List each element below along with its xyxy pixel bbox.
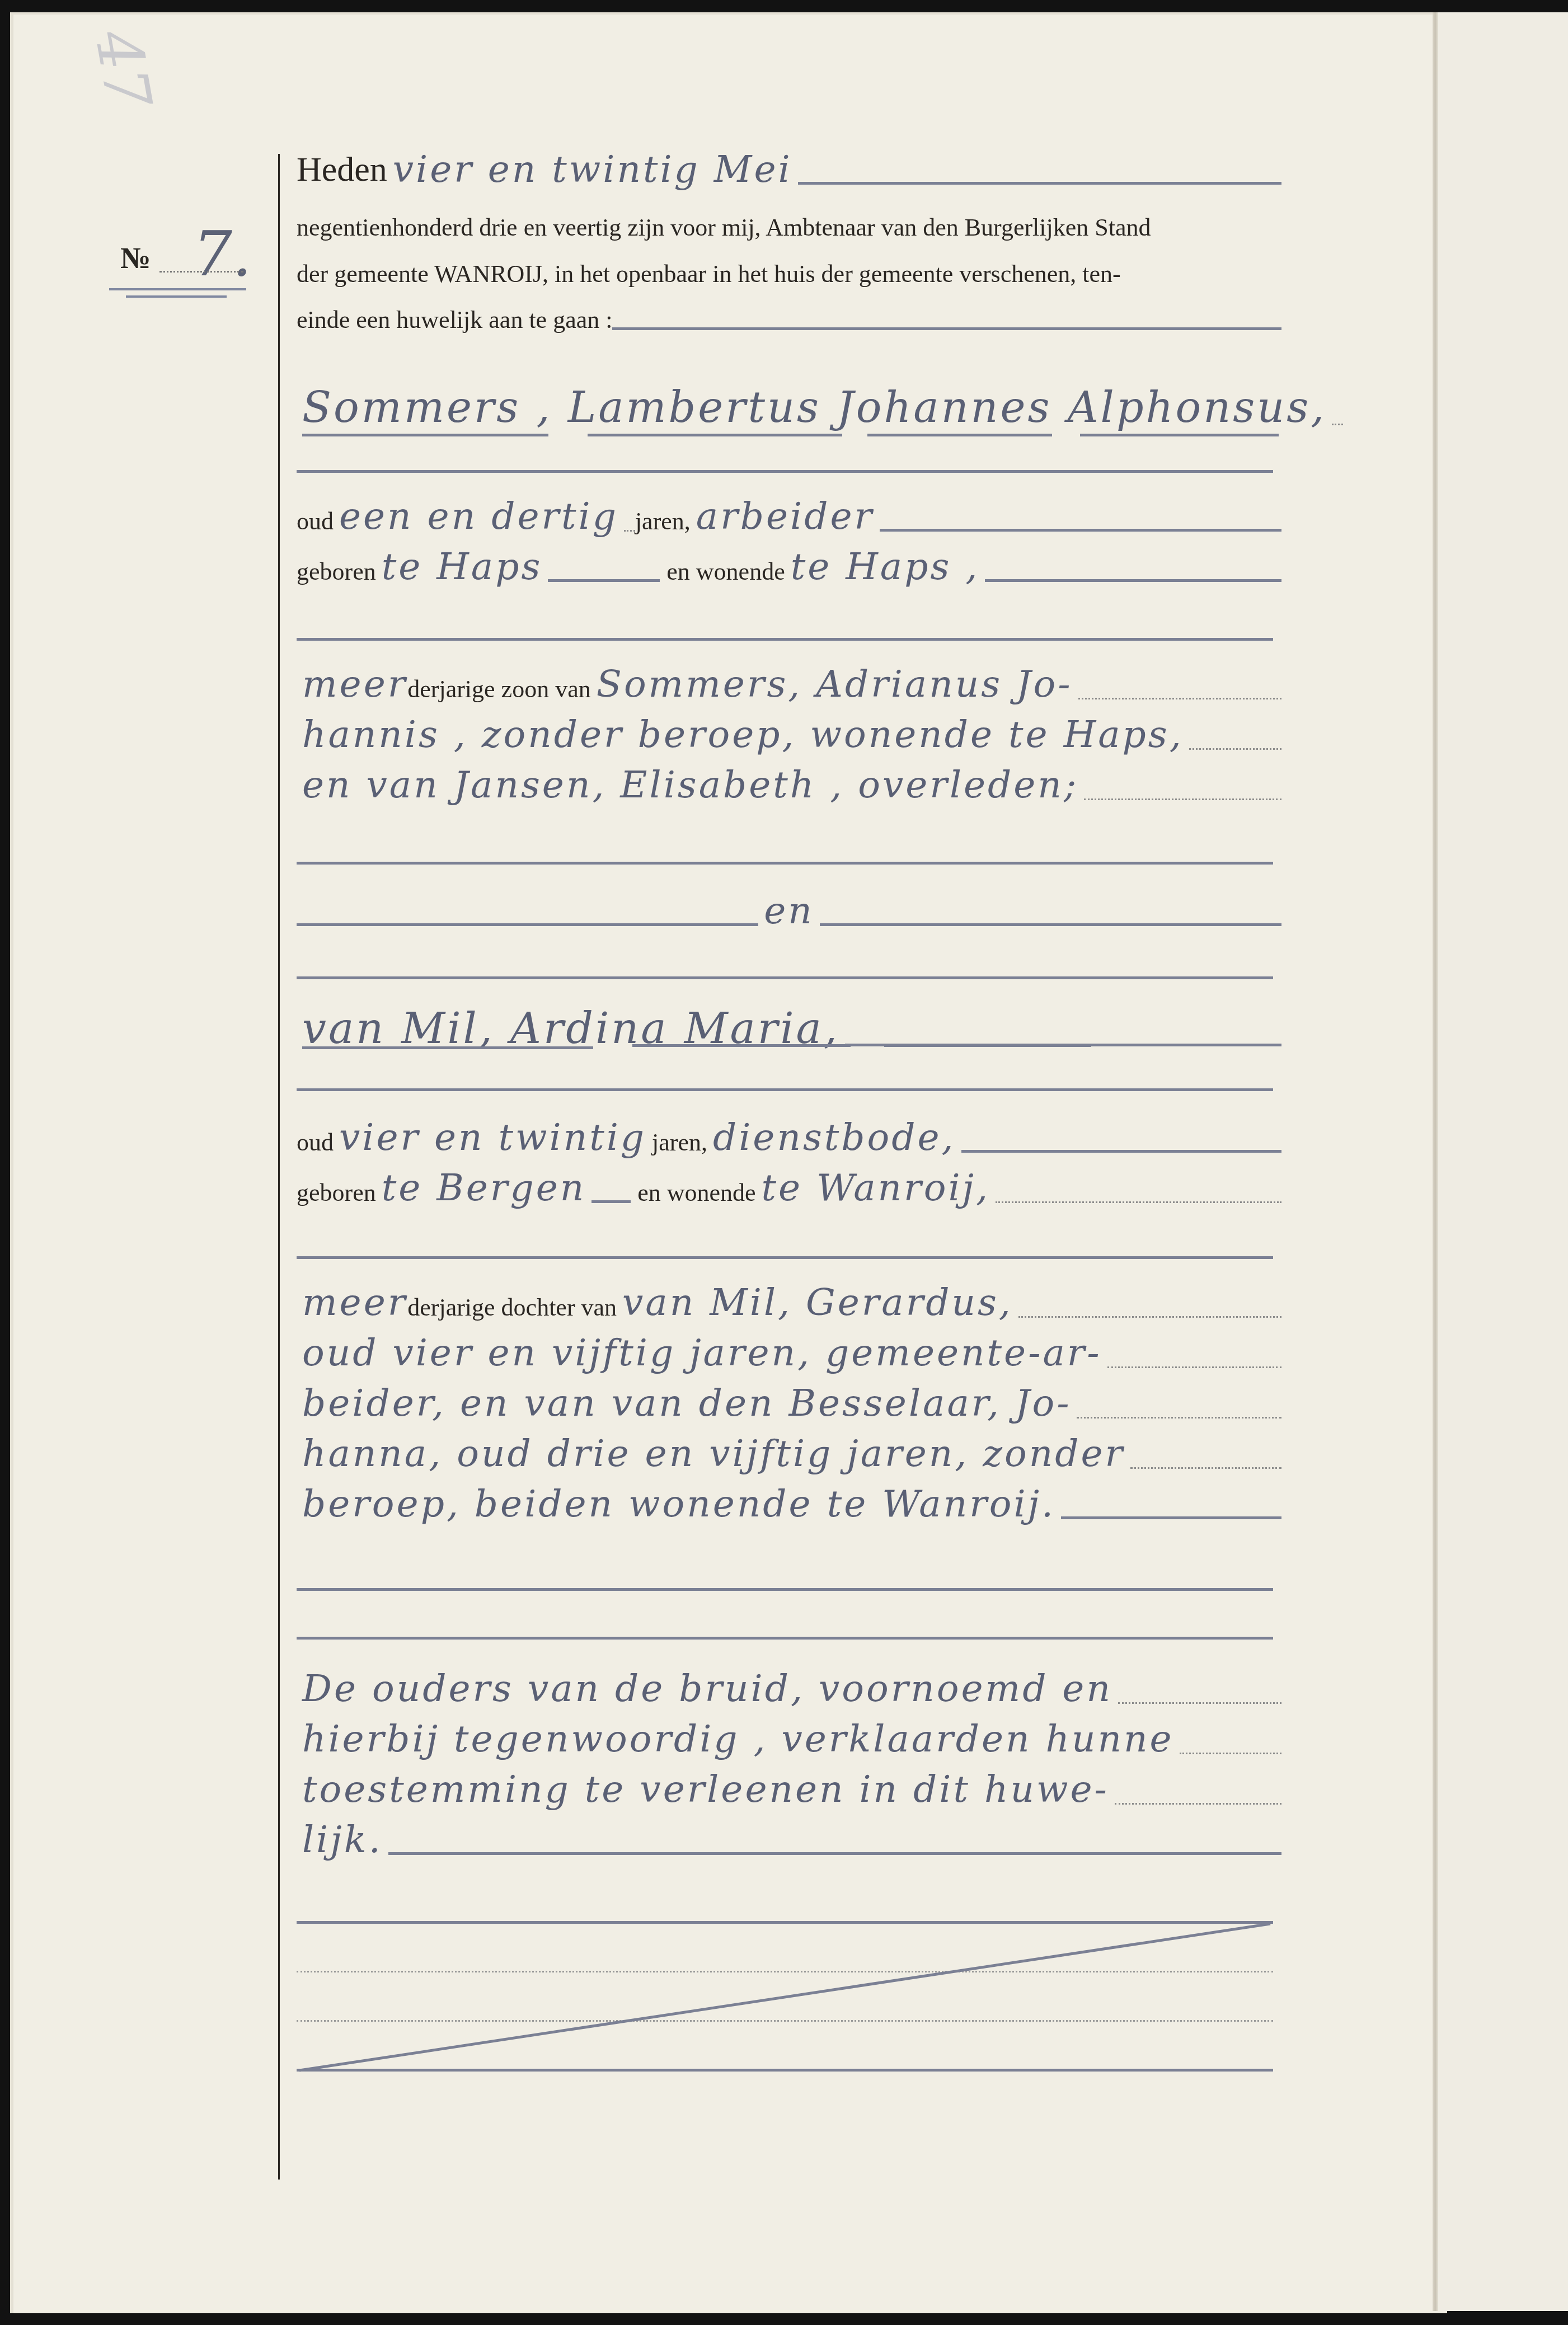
fill-line (1061, 1516, 1281, 1519)
date-row: Heden vier en twintig Mei (297, 140, 1281, 190)
relation-label: derjarige dochter van (407, 1295, 617, 1323)
bride-age-row: oud vier en twintig jaren, dienstbode, (297, 1108, 1281, 1158)
rule-line (297, 470, 1273, 473)
fill-line (985, 579, 1281, 582)
consent-row-4: lijk. (297, 1810, 1281, 1861)
groom-parents-text: hannis , zonder beroep, wonende te Haps, (297, 716, 1189, 755)
groom-age-row: oud een en dertig jaren, arbeider (297, 487, 1281, 537)
consent-row-2: hierbij tegenwoordig , verklaarden hunne (297, 1709, 1281, 1760)
bride-name-row: van Mil, Ardina Maria, (297, 990, 1281, 1052)
dotted-line (1078, 698, 1281, 699)
geboren-label: geboren (297, 1181, 376, 1209)
consent-row-3: toestemming te verleenen in dit huwe- (297, 1760, 1281, 1810)
dotted-line (1332, 424, 1343, 425)
wonende-label: en wonende (631, 1181, 755, 1209)
dotted-line (1115, 1803, 1281, 1805)
groom-residence: te Haps , (785, 548, 985, 588)
firstname-underline (1080, 434, 1279, 436)
surname-underline (302, 434, 548, 436)
rule-line (297, 1256, 1273, 1259)
number-underline-2 (126, 295, 227, 298)
majority-handwritten: meer (297, 666, 407, 705)
groom-parents-row-1: meer derjarige zoon van Sommers, Adrianu… (297, 655, 1281, 705)
oud-label: oud (297, 1130, 334, 1158)
bride-age: vier en twintig (334, 1119, 652, 1158)
geboren-label: geboren (297, 560, 376, 588)
dotted-line (624, 530, 635, 532)
header-line-4: einde een huwelijk aan te gaan : (297, 285, 1281, 336)
header-text-4: einde een huwelijk aan te gaan : (297, 308, 612, 336)
rule-line (297, 862, 1273, 865)
rule-line (297, 1637, 1273, 1640)
firstname-underline (867, 434, 1052, 436)
firstname-underline (884, 1044, 1091, 1047)
bride-parents-text: hanna, oud drie en vijftig jaren, zonder (297, 1435, 1130, 1474)
number-dotted-line (159, 271, 243, 273)
bride-parents-row-1: meer derjarige dochter van van Mil, Gera… (297, 1273, 1281, 1323)
surname-underline (302, 1046, 593, 1049)
bride-birthplace: te Bergen (376, 1169, 591, 1209)
groom-birth-row: geboren te Haps en wonende te Haps , (297, 537, 1281, 588)
dotted-line (1189, 748, 1281, 750)
fill-line (591, 1200, 631, 1203)
groom-parents-row-3: en van Jansen, Elisabeth , overleden; (297, 755, 1281, 806)
consent-text: hierbij tegenwoordig , verklaarden hunne (297, 1721, 1180, 1760)
dotted-line (1130, 1467, 1281, 1469)
bride-residence: te Wanroij, (756, 1169, 996, 1209)
fill-line (880, 529, 1281, 532)
bride-parents-row-3: beider, en van van den Besselaar, Jo- (297, 1374, 1281, 1424)
dotted-line (1018, 1316, 1281, 1318)
bride-father: van Mil, Gerardus, (617, 1284, 1018, 1323)
bride-parents-text: beroep, beiden wonende te Wanroij. (297, 1486, 1061, 1525)
numero-sign: № (120, 241, 151, 275)
groom-occupation: arbeider (691, 498, 880, 537)
dotted-line (1118, 1702, 1281, 1704)
fill-line (961, 1150, 1281, 1153)
dotted-line (1077, 1417, 1281, 1419)
connector-row: en (297, 881, 1281, 932)
bride-occupation: dienstbode, (707, 1119, 961, 1158)
bride-parents-row-2: oud vier en vijftig jaren, gemeente-ar- (297, 1323, 1281, 1374)
firstname-underline (588, 434, 842, 436)
cancel-stroke (297, 1919, 1273, 2073)
consent-text: De ouders van de bruid, voornoemd en (297, 1670, 1118, 1709)
wonende-label: en wonende (660, 560, 785, 588)
groom-birthplace: te Haps (376, 548, 548, 588)
margin-rule (278, 154, 280, 2180)
majority-handwritten: meer (297, 1284, 407, 1323)
dotted-line (1084, 799, 1281, 800)
groom-parents-text: en van Jansen, Elisabeth , overleden; (297, 767, 1084, 806)
book-gutter (1433, 12, 1438, 2311)
header-line-3: der gemeente WANROIJ, in het openbaar in… (297, 239, 1281, 290)
jaren-label: jaren, (652, 1130, 707, 1158)
consent-text: toestemming te verleenen in dit huwe- (297, 1771, 1115, 1810)
act-number-value: 7. (193, 218, 252, 290)
adjacent-page-edge (1438, 12, 1568, 2311)
dotted-line (1107, 1366, 1281, 1368)
bride-parents-row-4: hanna, oud drie en vijftig jaren, zonder (297, 1424, 1281, 1474)
act-number: № 7. (120, 229, 249, 302)
bride-parents-text: oud vier en vijftig jaren, gemeente-ar- (297, 1335, 1107, 1374)
connector-en: en (758, 893, 820, 932)
firstname-underline (632, 1044, 851, 1047)
consent-text: lijk. (297, 1821, 388, 1861)
groom-age: een en dertig (334, 498, 624, 537)
bride-birth-row: geboren te Bergen en wonende te Wanroij, (297, 1158, 1281, 1209)
groom-parents-row-2: hannis , zonder beroep, wonende te Haps, (297, 705, 1281, 755)
fill-line (297, 923, 758, 926)
groom-name-row: Sommers , Lambertus Johannes Alphonsus, (297, 369, 1281, 431)
fill-line (820, 923, 1281, 926)
margin-pencil-note: 47 (81, 25, 165, 114)
bride-parents-row-5: beroep, beiden wonende te Wanroij. (297, 1474, 1281, 1525)
fill-line (612, 327, 1281, 330)
fill-line (388, 1852, 1281, 1855)
heden-label: Heden (297, 152, 387, 190)
fill-line (798, 182, 1281, 185)
dotted-line (996, 1201, 1281, 1203)
fill-line (548, 579, 660, 582)
header-line-2: negentienhonderd drie en veertig zijn vo… (297, 193, 1281, 243)
rule-line (297, 1588, 1273, 1591)
groom-name: Sommers , Lambertus Johannes Alphonsus, (297, 386, 1332, 431)
oud-label: oud (297, 509, 334, 537)
rule-line (297, 638, 1273, 641)
consent-row-1: De ouders van de bruid, voornoemd en (297, 1659, 1281, 1709)
rule-line (297, 1088, 1273, 1091)
rule-line (297, 976, 1273, 979)
number-underline (109, 288, 246, 290)
groom-father: Sommers, Adrianus Jo- (591, 666, 1078, 705)
jaren-label: jaren, (635, 509, 691, 537)
dotted-line (1180, 1753, 1281, 1754)
bride-parents-text: beider, en van van den Besselaar, Jo- (297, 1385, 1077, 1424)
relation-label: derjarige zoon van (407, 677, 590, 705)
date-handwritten: vier en twintig Mei (387, 151, 798, 190)
